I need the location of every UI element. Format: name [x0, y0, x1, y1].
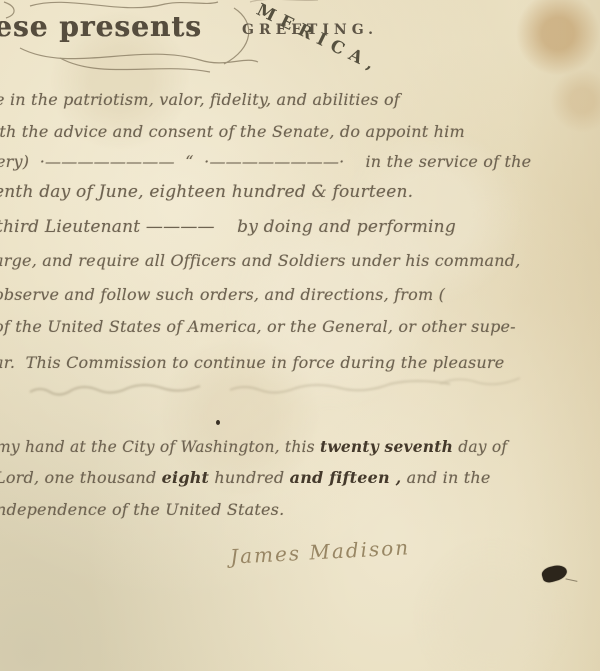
james-madison-signature: James Madison [229, 535, 410, 568]
commission-line: arge, and require all Officers and Soldi… [0, 251, 520, 270]
ink-blot [540, 563, 568, 584]
handwritten-insert-fifteen: and fifteen , [290, 468, 402, 487]
closing-engraved-text: my hand at the City of Washington, this [0, 438, 320, 456]
commission-line: ar. This Commission to continue in force… [0, 353, 504, 372]
heading-blackletter: ese presents [0, 10, 202, 43]
heading-arc-america: MERICA, [253, 0, 384, 77]
closing-engraved-text: and in the [401, 468, 490, 487]
parchment-document: ese presents GREETING. MERICA, e in the … [0, 0, 600, 671]
ink-speck [216, 420, 220, 425]
commission-line: e in the patriotism, valor, fidelity, an… [0, 90, 400, 109]
closing-engraved-text: hundred [209, 468, 290, 487]
handwritten-insert-eight: eight [162, 468, 209, 487]
closing-engraved-text: Lord, one thousand [0, 468, 162, 487]
commission-line: observe and follow such orders, and dire… [0, 285, 445, 304]
closing-line-date: my hand at the City of Washington, this … [0, 437, 507, 456]
closing-engraved-text: day of [453, 438, 507, 456]
closing-line-independence: ndependence of the United States. [0, 500, 284, 519]
commission-line: of the United States of America, or the … [0, 317, 516, 336]
commission-line: ith the advice and consent of the Senate… [0, 122, 465, 141]
closing-line-year: Lord, one thousand eight hundred and fif… [0, 468, 491, 487]
commission-line-date: enth day of June, eighteen hundred & fou… [0, 182, 413, 202]
commission-line-rank: third Lieutenant ———— by doing and perfo… [0, 217, 456, 237]
commission-line-with-blanks: ery) ·———————— “ ·————————· in the servi… [0, 152, 531, 171]
handwritten-insert-day: twenty seventh [320, 437, 453, 456]
